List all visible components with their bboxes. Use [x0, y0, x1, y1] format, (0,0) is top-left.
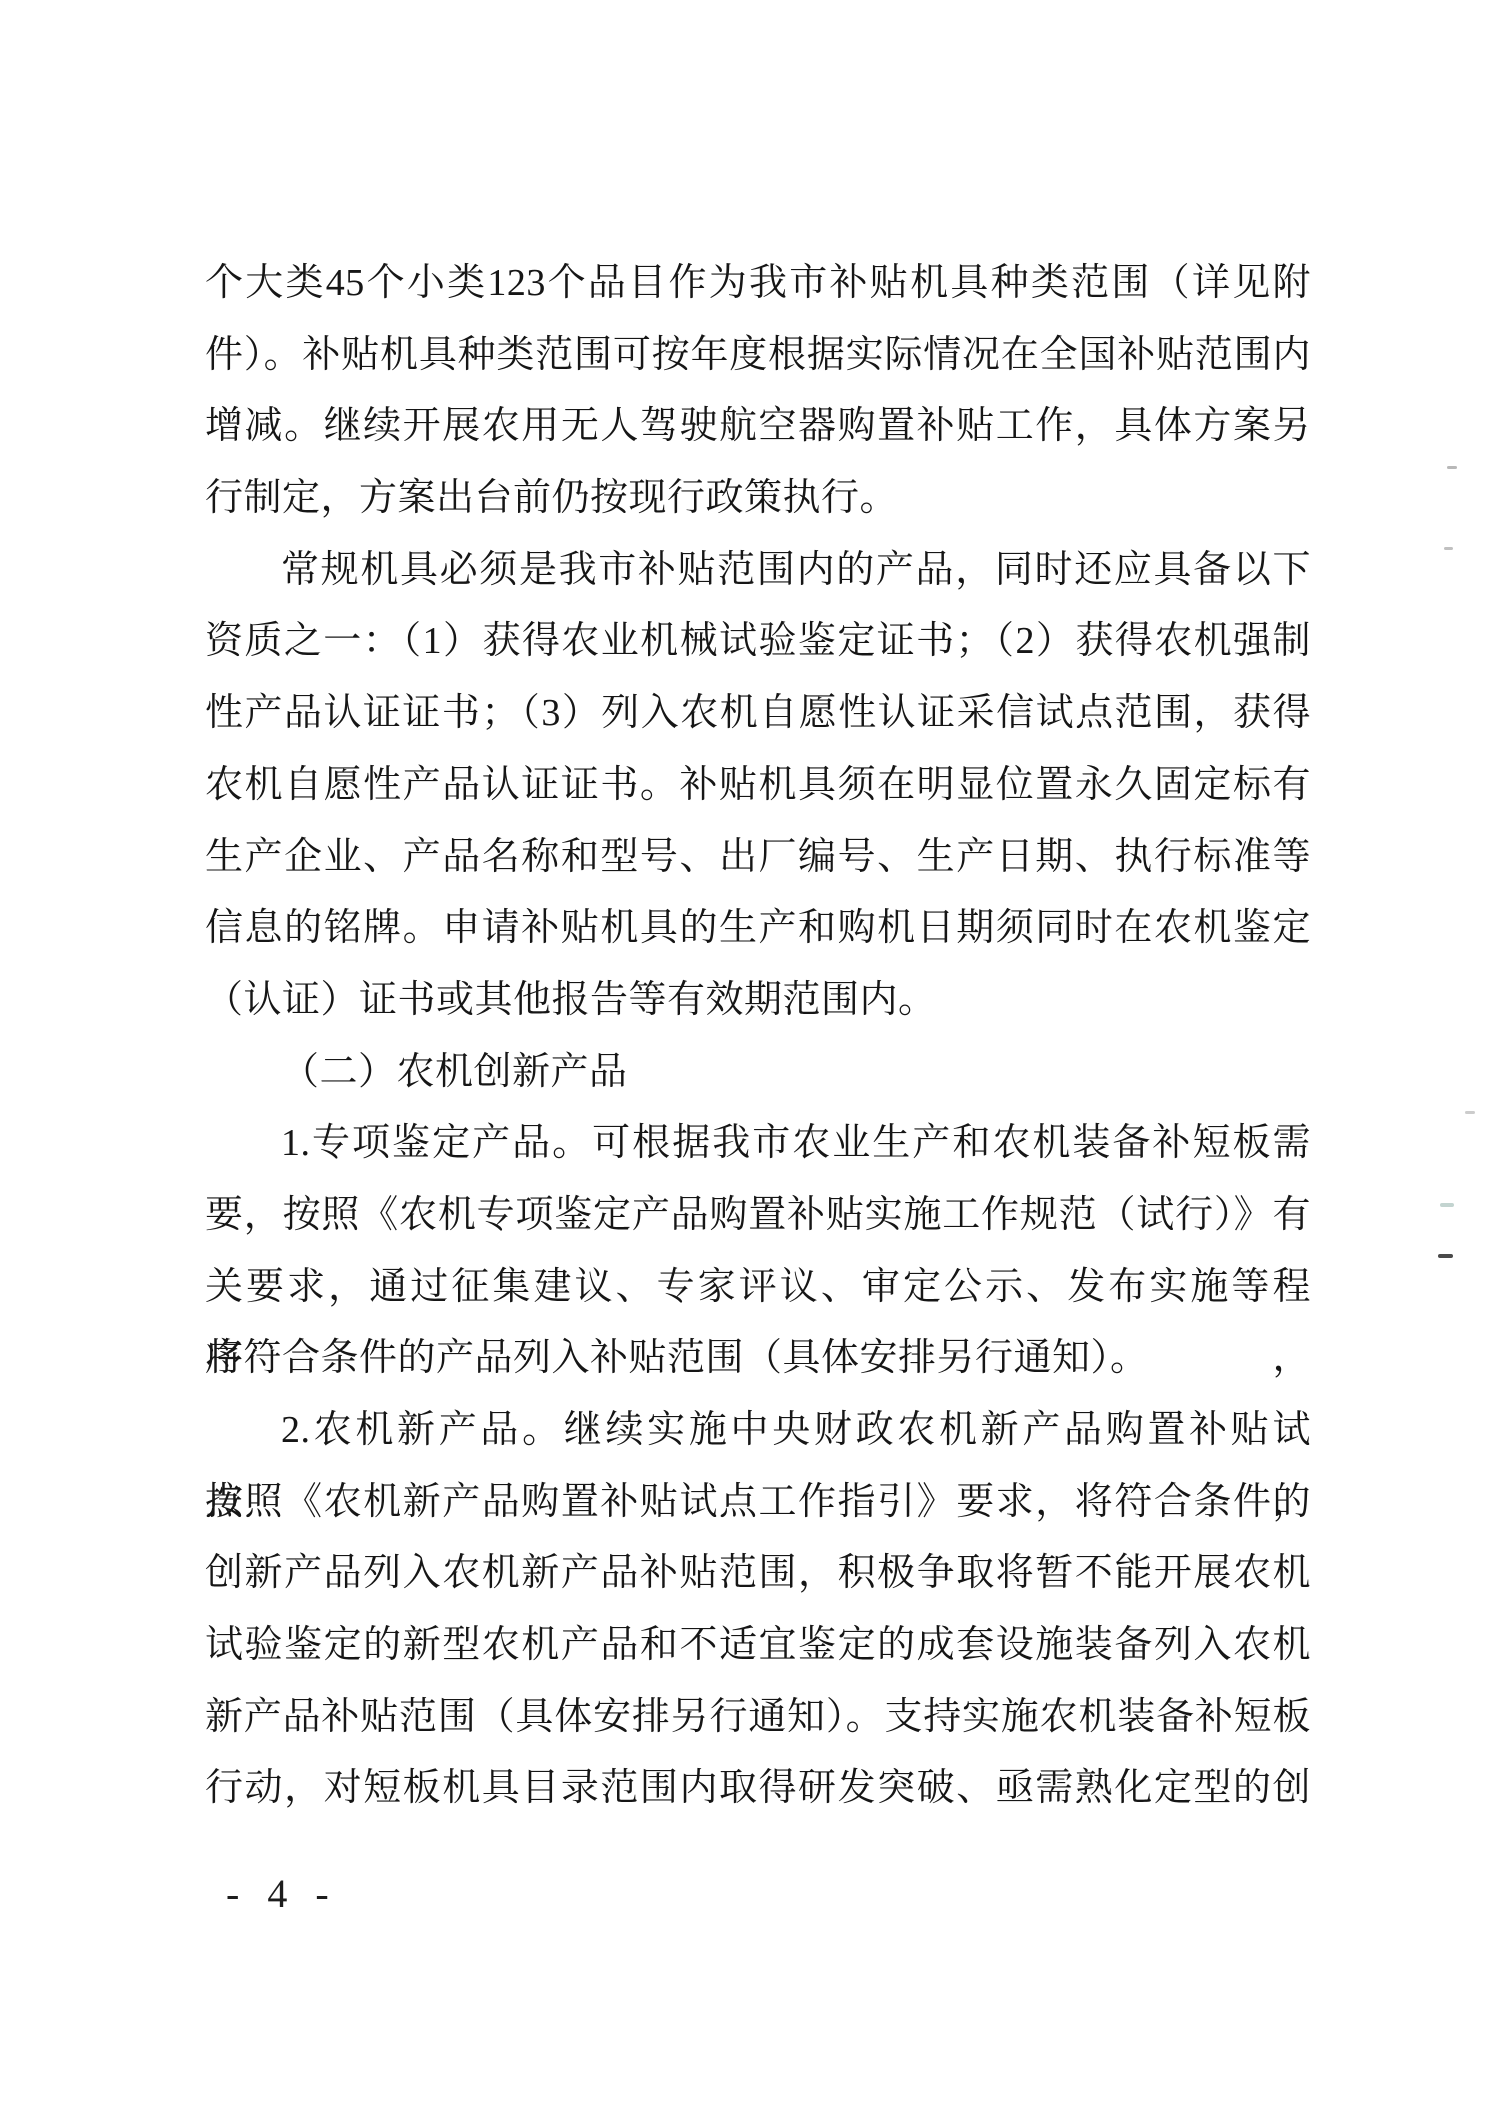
text-line: 行制定，方案出台前仍按现行政策执行。: [205, 463, 1311, 535]
scan-artifact: [1465, 1111, 1475, 1114]
scan-artifact: [1447, 466, 1457, 469]
text-line: 1.专项鉴定产品。可根据我市农业生产和农机装备补短板需: [205, 1108, 1311, 1180]
scan-artifact: [1444, 547, 1453, 550]
text-line: 件）。补贴机具种类范围可按年度根据实际情况在全国补贴范围内: [205, 320, 1311, 392]
text-line: 性产品认证证书；（3）列入农机自愿性认证采信试点范围，获得: [205, 678, 1311, 750]
document-page: 个大类45个小类123个品目作为我市补贴机具种类范围（详见附件）。补贴机具种类范…: [0, 0, 1487, 2102]
document-body: 个大类45个小类123个品目作为我市补贴机具种类范围（详见附件）。补贴机具种类范…: [205, 248, 1311, 1825]
scan-artifact: [1440, 1203, 1454, 1207]
text-line: 要，按照《农机专项鉴定产品购置补贴实施工作规范（试行）》有: [205, 1180, 1311, 1252]
text-line: 常规机具必须是我市补贴范围内的产品，同时还应具备以下: [205, 535, 1311, 607]
section-heading-line: （二）农机创新产品: [205, 1037, 1311, 1109]
text-line: 农机自愿性产品认证证书。补贴机具须在明显位置永久固定标有: [205, 750, 1311, 822]
text-line: 关要求，通过征集建议、专家评议、审定公示、发布实施等程序，: [205, 1252, 1311, 1324]
page-number: - 4 -: [226, 1869, 333, 1919]
text-line: 试验鉴定的新型农机产品和不适宜鉴定的成套设施装备列入农机: [205, 1610, 1311, 1682]
text-line: 将符合条件的产品列入补贴范围（具体安排另行通知）。: [205, 1323, 1311, 1395]
scan-artifact: [1438, 1254, 1453, 1258]
text-line: 创新产品列入农机新产品补贴范围，积极争取将暂不能开展农机: [205, 1538, 1311, 1610]
text-line: 个大类45个小类123个品目作为我市补贴机具种类范围（详见附: [205, 248, 1311, 320]
text-line: 资质之一：（1）获得农业机械试验鉴定证书；（2）获得农机强制: [205, 606, 1311, 678]
text-line: 按照《农机新产品购置补贴试点工作指引》要求，将符合条件的: [205, 1467, 1311, 1539]
text-line: 行动，对短板机具目录范围内取得研发突破、亟需熟化定型的创: [205, 1753, 1311, 1825]
text-line: 生产企业、产品名称和型号、出厂编号、生产日期、执行标准等: [205, 822, 1311, 894]
text-line: 新产品补贴范围（具体安排另行通知）。支持实施农机装备补短板: [205, 1682, 1311, 1754]
text-line: 2.农机新产品。继续实施中央财政农机新产品购置补贴试点，: [205, 1395, 1311, 1467]
text-line: （认证）证书或其他报告等有效期范围内。: [205, 965, 1311, 1037]
text-line: 增减。继续开展农用无人驾驶航空器购置补贴工作，具体方案另: [205, 391, 1311, 463]
text-line: 信息的铭牌。申请补贴机具的生产和购机日期须同时在农机鉴定: [205, 893, 1311, 965]
